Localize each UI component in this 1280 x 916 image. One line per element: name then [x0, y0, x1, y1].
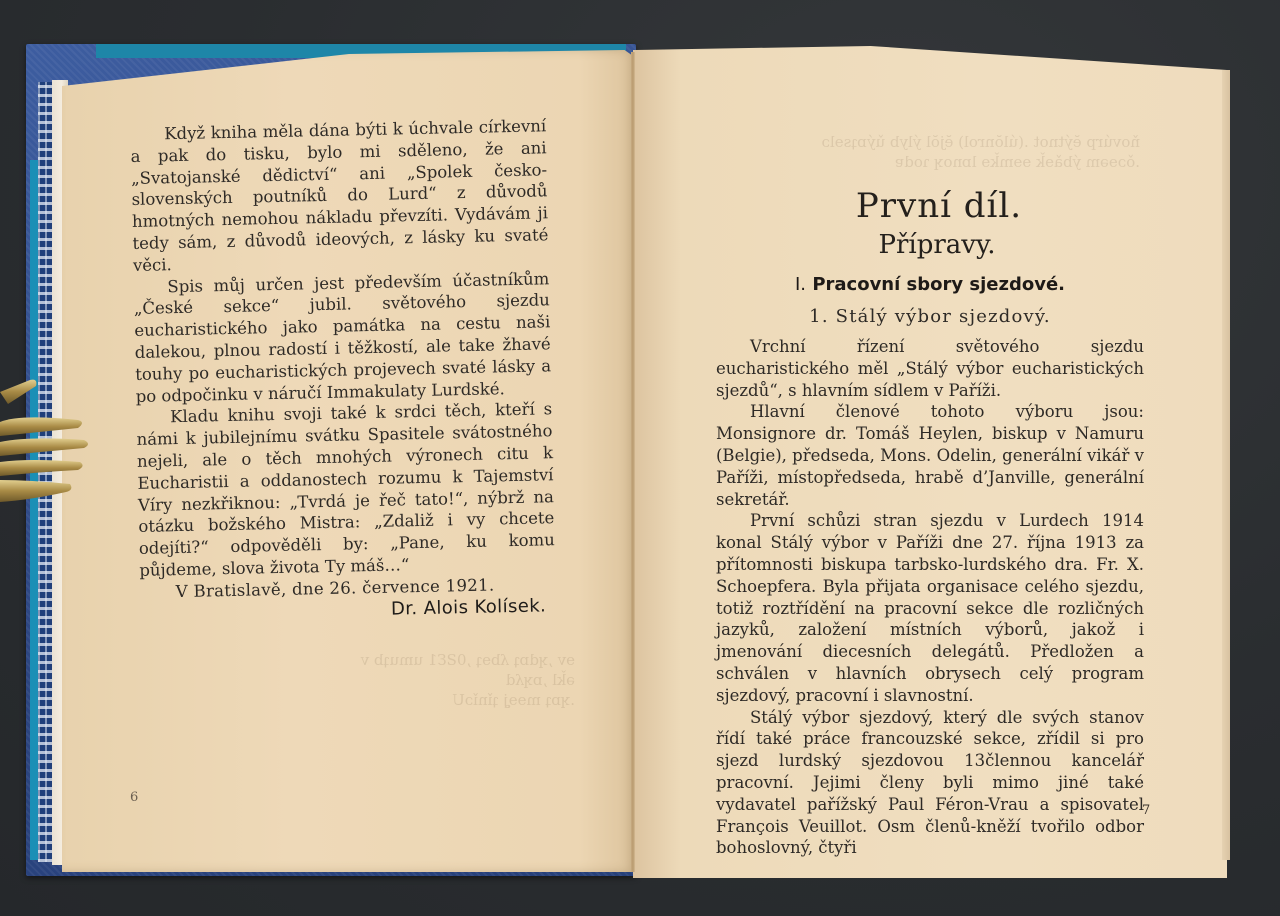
left-page-text: Když kniha měla dána býti k úchvale círk… — [130, 115, 556, 625]
section-heading: 1. Stálý výbor sjezdový. — [716, 302, 1144, 332]
body-paragraph-3: První schůzi stran sjezdu v Lurdech 1914… — [716, 510, 1144, 706]
body-paragraph-2: Hlavní členové tohoto výboru jsou: Monsi… — [716, 401, 1144, 510]
part-subtitle: Přípravy. — [730, 226, 1144, 264]
chapter-number: I. — [795, 274, 806, 295]
brass-hand-clip-icon — [0, 372, 90, 512]
foreword-paragraph-2: Spis můj určen jest především účastníkům… — [133, 268, 552, 407]
right-page-stack-edge — [1222, 70, 1230, 860]
chapter-heading: I. Pracovní sbory sjezdové. — [716, 268, 1144, 302]
page-number-left: 6 — [130, 790, 138, 805]
chapter-title: Pracovní sbory sjezdové. — [812, 274, 1065, 295]
foreword-paragraph-1: Když kniha měla dána býti k úchvale círk… — [130, 115, 549, 276]
show-through-text: ňovúrp ĕýtnot .(úlŏnrol) ĕjŏl ýlyb ǔýɒʇs… — [700, 132, 1140, 172]
part-title: První díl. — [734, 186, 1144, 226]
body-paragraph-1: Vrchní řízení světového sjezdu eucharist… — [716, 336, 1144, 401]
book-gutter — [631, 52, 635, 872]
body-paragraph-4: Stálý výbor sjezdový, který dle svých st… — [716, 707, 1144, 860]
page-number-right: 7 — [1142, 803, 1150, 818]
foreword-paragraph-3: Kladu knihu svoji také k srdci těch, kte… — [136, 399, 556, 582]
right-page-text: První díl. Přípravy. I. Pracovní sbory s… — [716, 186, 1144, 859]
show-through-text: ɘv ,ʞdɒʇ ʎbɘʇ ,0ƧƐ1 umuʇb v ǝǩl ,ɒʞʎd .ʞ… — [345, 650, 575, 710]
